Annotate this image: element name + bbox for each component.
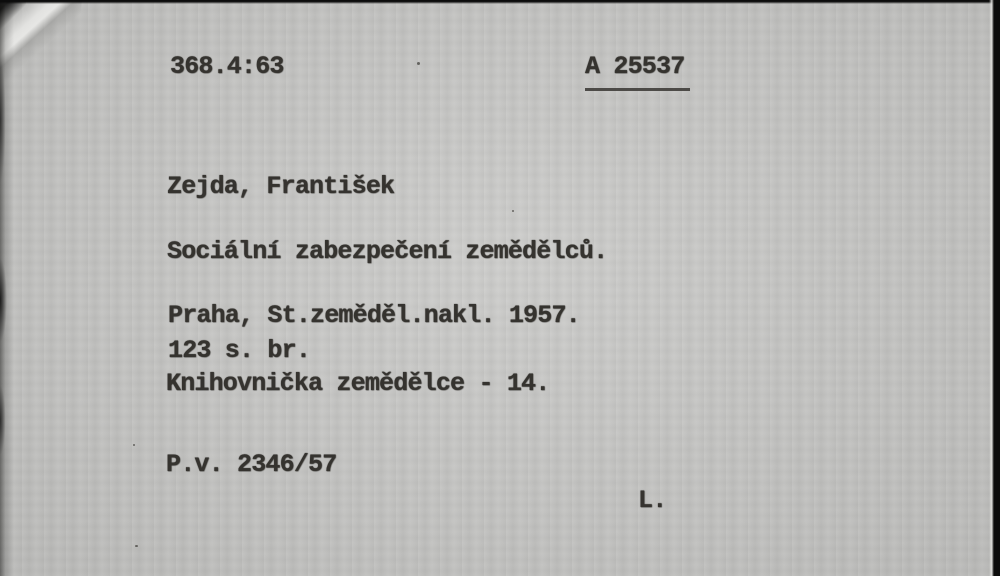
collation-line: 123 s. br.: [168, 336, 310, 365]
paper-speck: [512, 210, 514, 212]
classification-number: 368.4:63: [170, 52, 284, 81]
author-heading: Zejda, František: [167, 172, 394, 201]
title-line: Sociální zabezpečení zemědělců.: [167, 237, 607, 266]
imprint-line: Praha, St.zeměděl.nakl. 1957.: [168, 301, 580, 330]
paper-speck: [417, 62, 420, 65]
scan-edge-right: [989, 0, 1000, 576]
record-number: P.v. 2346/57: [166, 450, 336, 479]
paper-speck: [133, 444, 135, 446]
scan-edge-top: [0, 0, 1000, 4]
paper-speck: [135, 545, 138, 547]
scanned-catalog-card: 368.4:63 A 25537 Zejda, František Sociál…: [0, 0, 1000, 576]
cataloguer-initial: L.: [638, 486, 666, 515]
scan-edge-left: [0, 0, 14, 576]
series-line: Knihovnička zemědělce - 14.: [166, 369, 549, 398]
card-paper: 368.4:63 A 25537 Zejda, František Sociál…: [0, 0, 1000, 576]
accession-number: A 25537: [585, 52, 690, 91]
